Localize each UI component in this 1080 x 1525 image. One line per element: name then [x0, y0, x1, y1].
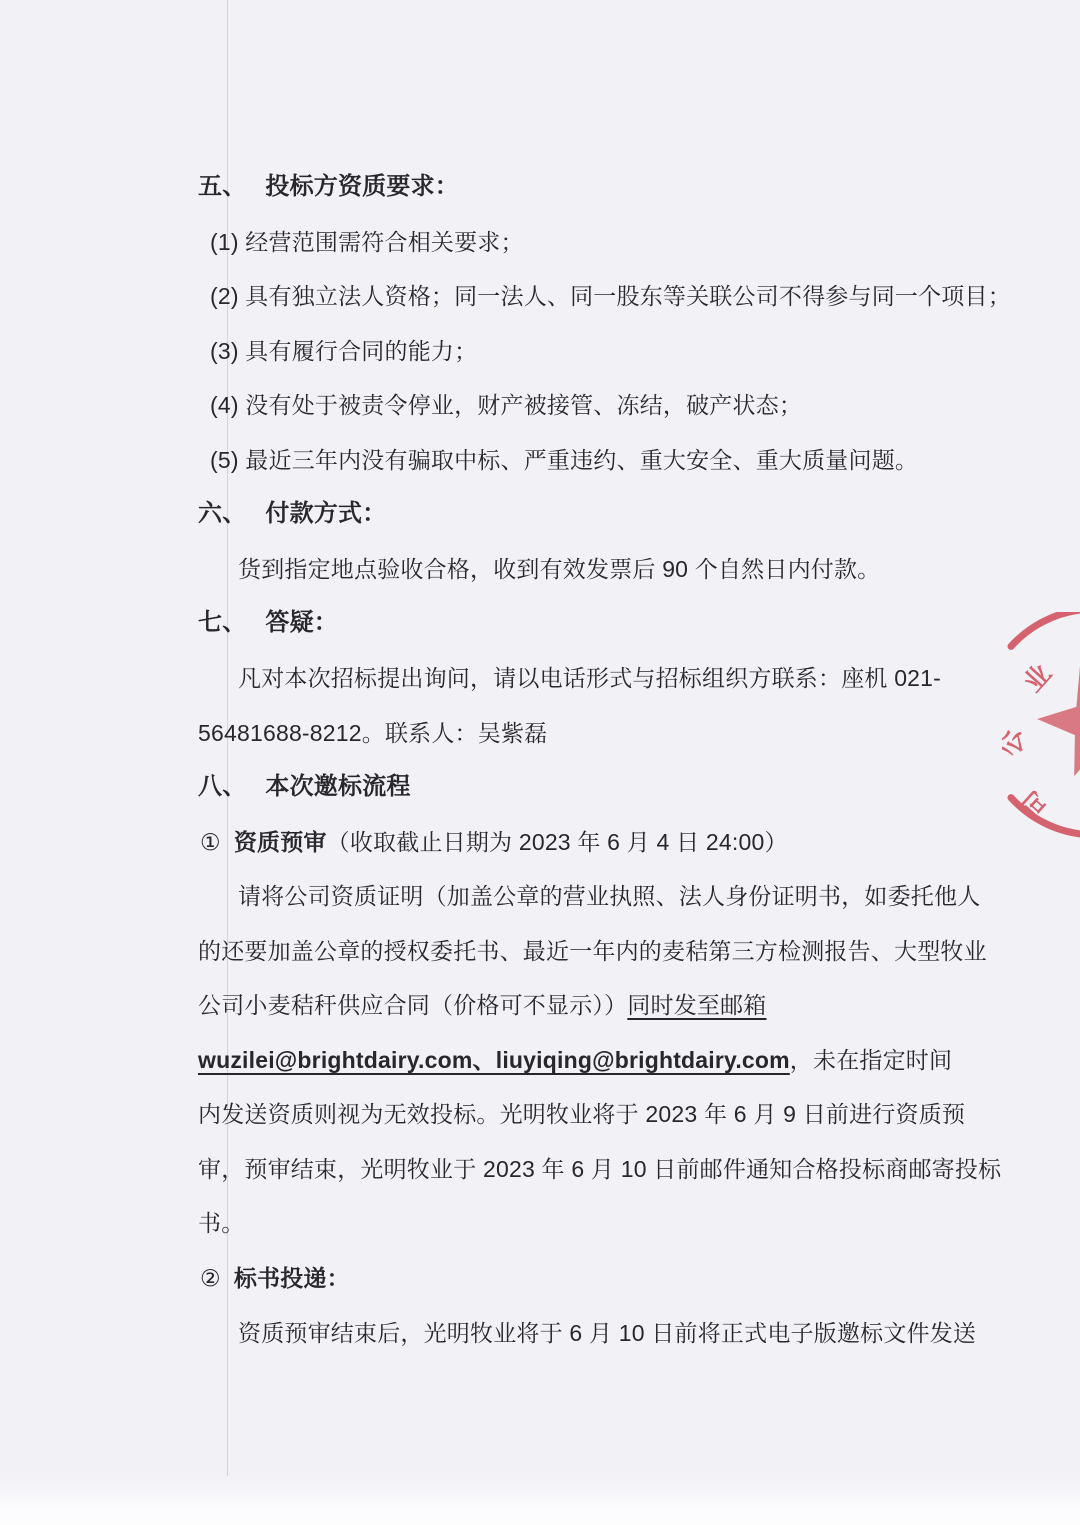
step-title: 资质预审	[234, 829, 327, 855]
email-addresses: wuzilei@brightdairy.com、liuyiqing@bright…	[198, 1047, 790, 1073]
section-5-heading: 五、投标方资质要求：	[198, 170, 459, 204]
prequalification-detail-line-4: wuzilei@brightdairy.com、liuyiqing@bright…	[198, 1043, 952, 1077]
step-2-bid-submission: ②标书投递：	[200, 1261, 350, 1295]
qualification-item-4: (4) 没有处于被责令停业，财产被接管、冻结，破产状态；	[210, 388, 802, 422]
section-title: 答疑：	[265, 609, 338, 636]
prequalification-detail-line-1: 请将公司资质证明（加盖公章的营业执照、法人身份证明书，如委托他人	[238, 879, 980, 913]
paragraph-text: 审，预审结束，光明牧业于 2023 年 6 月 10 日前邮件通知合格投标商邮寄…	[198, 1156, 1001, 1182]
step-1-prequalification: ①资质预审（收取截止日期为 2023 年 6 月 4 日 24:00）	[200, 825, 788, 859]
section-number: 六、	[198, 500, 246, 527]
circled-number: ①	[200, 829, 221, 855]
seal-graphic: 业 公 司	[1002, 612, 1080, 847]
item-text: (4) 没有处于被责令停业，财产被接管、冻结，破产状态；	[210, 392, 802, 418]
qualification-item-2: (2) 具有独立法人资格；同一法人、同一股东等关联公司不得参与同一个项目；	[210, 279, 1011, 313]
seal-character: 司	[1014, 785, 1053, 825]
item-text: (5) 最近三年内没有骗取中标、严重违约、重大安全、重大质量问题。	[210, 447, 918, 473]
paragraph-text: 货到指定地点验收合格，收到有效发票后 90 个自然日内付款。	[238, 556, 880, 582]
step-title: 标书投递：	[234, 1265, 350, 1291]
qa-contact-line-1: 凡对本次招标提出询问，请以电话形式与招标组织方联系：座机 021-	[238, 661, 941, 695]
circled-number: ②	[200, 1265, 221, 1291]
section-6-heading: 六、付款方式：	[198, 497, 386, 531]
section-number: 八、	[198, 773, 246, 800]
page-bottom-edge	[0, 1476, 1080, 1525]
payment-terms-line: 货到指定地点验收合格，收到有效发票后 90 个自然日内付款。	[238, 552, 880, 586]
company-seal-stamp: 业 公 司	[1002, 612, 1080, 847]
paragraph-text: 56481688-8212。联系人：吴紫磊	[198, 720, 547, 746]
document-content: 五、投标方资质要求：(1) 经营范围需符合相关要求；(2) 具有独立法人资格；同…	[0, 0, 1080, 1525]
paragraph-text: 的还要加盖公章的授权委托书、最近一年内的麦秸第三方检测报告、大型牧业	[198, 938, 987, 964]
section-title: 付款方式：	[265, 500, 386, 527]
send-to-mailbox-text: 同时发至邮箱	[627, 992, 766, 1018]
item-text: (2) 具有独立法人资格；同一法人、同一股东等关联公司不得参与同一个项目；	[210, 283, 1011, 309]
section-title: 本次邀标流程	[265, 773, 410, 800]
prequalification-detail-line-6: 审，预审结束，光明牧业于 2023 年 6 月 10 日前邮件通知合格投标商邮寄…	[198, 1152, 1001, 1186]
qualification-item-1: (1) 经营范围需符合相关要求；	[210, 225, 524, 259]
prequalification-detail-line-2: 的还要加盖公章的授权委托书、最近一年内的麦秸第三方检测报告、大型牧业	[198, 934, 987, 968]
paragraph-text: 公司小麦秸秆供应合同（价格可不显示））	[198, 992, 627, 1018]
document-page: 五、投标方资质要求：(1) 经营范围需符合相关要求；(2) 具有独立法人资格；同…	[0, 0, 1080, 1525]
paragraph-text: 资质预审结束后，光明牧业将于 6 月 10 日前将正式电子版邀标文件发送	[238, 1320, 976, 1346]
section-number: 五、	[198, 173, 246, 200]
paragraph-text: 请将公司资质证明（加盖公章的营业执照、法人身份证明书，如委托他人	[238, 883, 980, 909]
step-note: （收取截止日期为 2023 年 6 月 4 日 24:00）	[327, 829, 788, 855]
paragraph-text: ，未在指定时间	[790, 1047, 952, 1073]
qa-contact-line-2: 56481688-8212。联系人：吴紫磊	[198, 716, 547, 750]
item-text: (1) 经营范围需符合相关要求；	[210, 229, 524, 255]
section-8-heading: 八、本次邀标流程	[198, 770, 411, 804]
seal-character: 公	[1002, 729, 1027, 758]
section-number: 七、	[198, 609, 246, 636]
item-text: (3) 具有履行合同的能力；	[210, 338, 477, 364]
paragraph-text: 内发送资质则视为无效投标。光明牧业将于 2023 年 6 月 9 日前进行资质预	[198, 1101, 965, 1127]
paragraph-text: 凡对本次招标提出询问，请以电话形式与招标组织方联系：座机 021-	[238, 665, 941, 691]
qualification-item-5: (5) 最近三年内没有骗取中标、严重违约、重大安全、重大质量问题。	[210, 443, 918, 477]
prequalification-detail-line-7: 书。	[198, 1206, 244, 1240]
section-7-heading: 七、答疑：	[198, 606, 338, 640]
section-title: 投标方资质要求：	[265, 173, 459, 200]
bid-submission-line-1: 资质预审结束后，光明牧业将于 6 月 10 日前将正式电子版邀标文件发送	[238, 1316, 976, 1350]
paragraph-text: 书。	[198, 1210, 244, 1236]
prequalification-detail-line-5: 内发送资质则视为无效投标。光明牧业将于 2023 年 6 月 9 日前进行资质预	[198, 1097, 965, 1131]
prequalification-detail-line-3: 公司小麦秸秆供应合同（价格可不显示））同时发至邮箱	[198, 988, 767, 1022]
qualification-item-3: (3) 具有履行合同的能力；	[210, 334, 477, 368]
seal-character: 业	[1017, 658, 1057, 697]
